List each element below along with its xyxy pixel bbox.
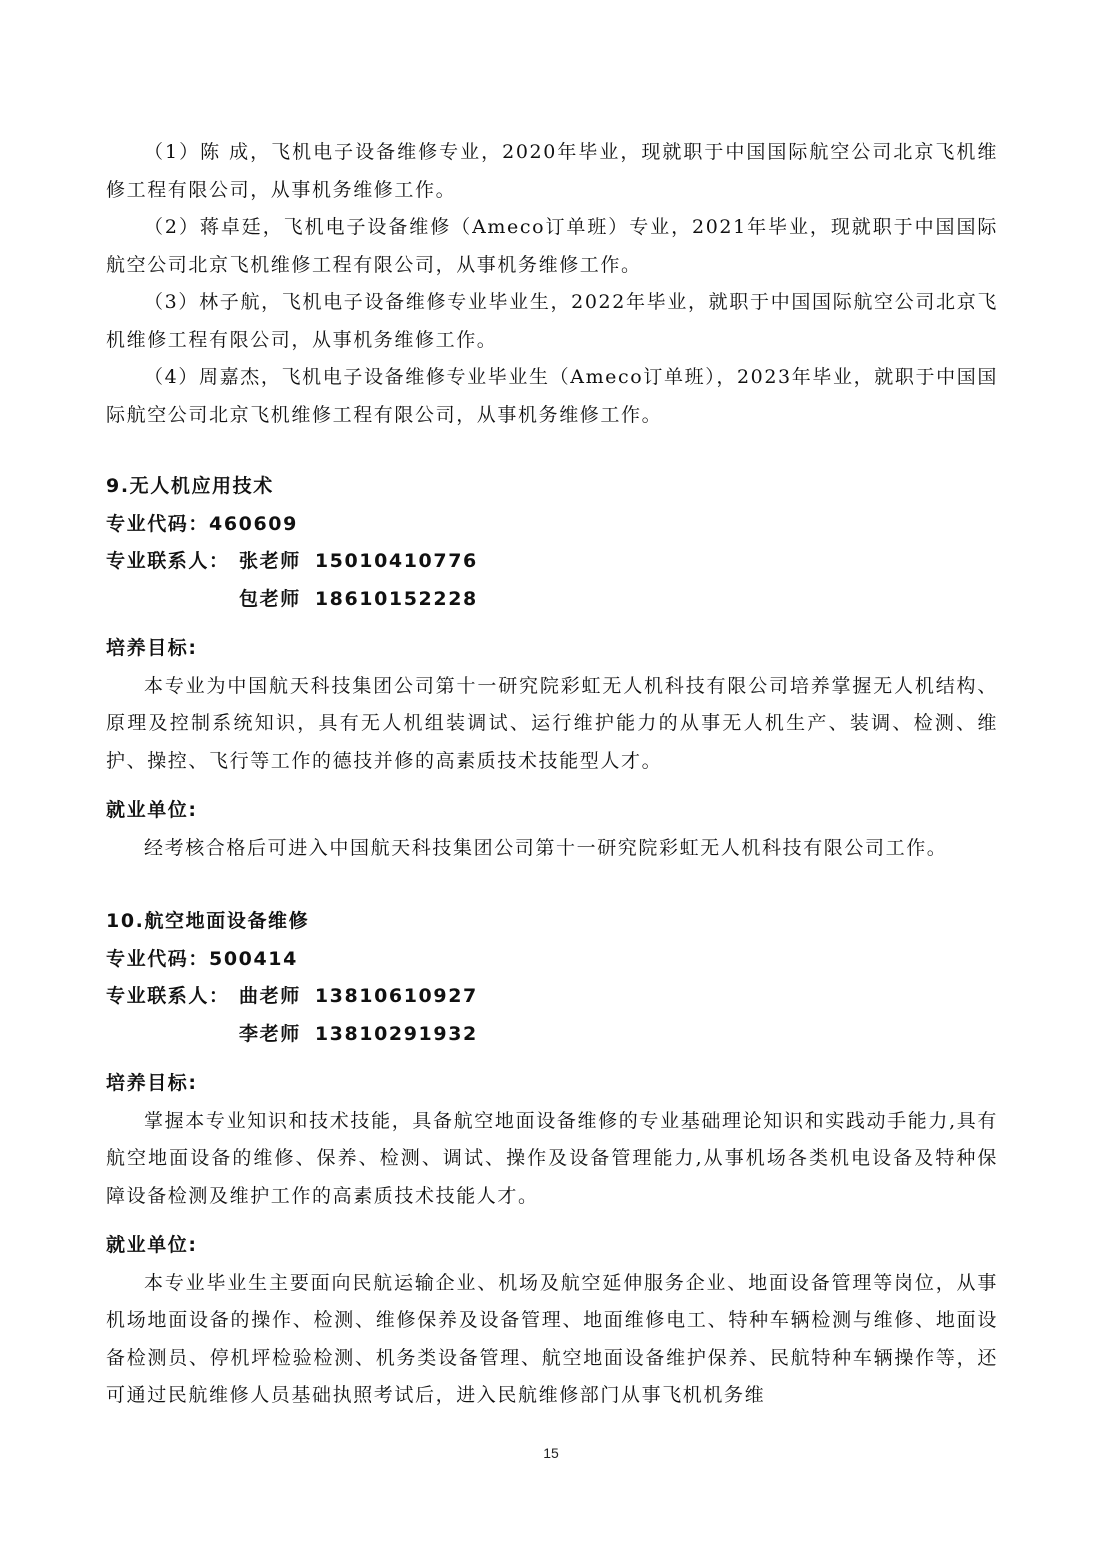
graduate-item-3: （3）林子航，飞机电子设备维修专业毕业生，2022年毕业，就职于中国国际航空公司…: [106, 284, 998, 359]
contact-phone: 15010410776: [315, 543, 478, 581]
section-10-goal-heading: 培养目标:: [106, 1065, 998, 1103]
graduate-item-4: （4）周嘉杰，飞机电子设备维修专业毕业生（Ameco订单班），2023年毕业，就…: [106, 359, 998, 434]
graduate-item-2: （2）蒋卓廷，飞机电子设备维修（Ameco订单班）专业，2021年毕业，现就职于…: [106, 209, 998, 284]
section-10-contact-row-2: 李老师 13810291932: [106, 1016, 998, 1054]
section-10-goal-text: 掌握本专业知识和技术技能，具备航空地面设备维修的专业基础理论知识和实践动手能力,…: [106, 1103, 998, 1216]
contact-label: 专业联系人：: [106, 543, 239, 581]
section-9-employment-heading: 就业单位:: [106, 792, 998, 830]
section-9-employment-text: 经考核合格后可进入中国航天科技集团公司第十一研究院彩虹无人机科技有限公司工作。: [106, 830, 998, 868]
section-9-title: 9.无人机应用技术: [106, 468, 998, 506]
contact-name: 张老师: [239, 543, 301, 581]
contact-phone: 13810291932: [315, 1016, 478, 1054]
contact-phone: 13810610927: [315, 978, 478, 1016]
graduate-item-1: （1）陈 成，飞机电子设备维修专业，2020年毕业，现就职于中国国际航空公司北京…: [106, 134, 998, 209]
section-10-contact-row-1: 专业联系人： 曲老师 13810610927: [106, 978, 998, 1016]
section-10-employment-text: 本专业毕业生主要面向民航运输企业、机场及航空延伸服务企业、地面设备管理等岗位，从…: [106, 1265, 998, 1415]
section-9-goal-heading: 培养目标:: [106, 630, 998, 668]
section-10-employment-heading: 就业单位:: [106, 1227, 998, 1265]
contact-name: 李老师: [239, 1016, 301, 1054]
section-9: 9.无人机应用技术 专业代码： 460609 专业联系人： 张老师 150104…: [106, 468, 998, 867]
section-10-code-row: 专业代码： 500414: [106, 941, 998, 979]
contact-name: 曲老师: [239, 978, 301, 1016]
contact-name: 包老师: [239, 581, 301, 619]
code-label: 专业代码：: [106, 506, 209, 544]
section-9-contact-row-1: 专业联系人： 张老师 15010410776: [106, 543, 998, 581]
code-value: 500414: [209, 941, 298, 979]
section-10-title: 10.航空地面设备维修: [106, 903, 998, 941]
section-9-code-row: 专业代码： 460609: [106, 506, 998, 544]
section-9-contact-row-2: 包老师 18610152228: [106, 581, 998, 619]
code-label: 专业代码：: [106, 941, 209, 979]
section-9-goal-text: 本专业为中国航天科技集团公司第十一研究院彩虹无人机科技有限公司培养掌握无人机结构…: [106, 668, 998, 781]
code-value: 460609: [209, 506, 298, 544]
page-number: 15: [0, 1445, 1102, 1461]
contact-phone: 18610152228: [315, 581, 478, 619]
graduate-list: （1）陈 成，飞机电子设备维修专业，2020年毕业，现就职于中国国际航空公司北京…: [106, 134, 998, 434]
section-10: 10.航空地面设备维修 专业代码： 500414 专业联系人： 曲老师 1381…: [106, 903, 998, 1415]
contact-label: 专业联系人：: [106, 978, 239, 1016]
